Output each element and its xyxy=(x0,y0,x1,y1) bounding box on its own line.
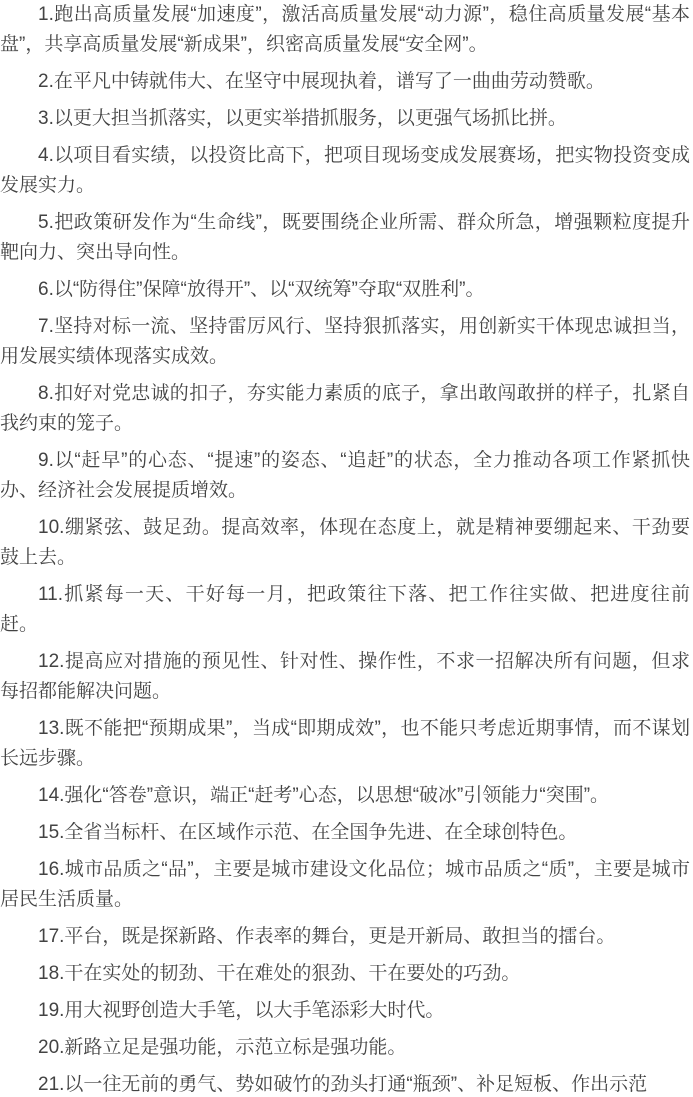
item-text: 以“赶早”的心态、“提速”的姿态、“追赶”的状态，全力推动各项工作紧抓快办、经济… xyxy=(0,450,690,501)
item-number: 5. xyxy=(38,212,54,233)
item-number: 12. xyxy=(38,651,64,672)
item-text: 强化“答卷”意识，端正“赶考”心态，以思想“破冰”引领能力“突围”。 xyxy=(64,785,609,806)
item-number: 4. xyxy=(38,145,54,166)
item-text: 以一往无前的勇气、势如破竹的劲头打通“瓶颈”、补足短板、作出示范 xyxy=(64,1074,647,1095)
list-item: 1.跑出高质量发展“加速度”，激活高质量发展“动力源”，稳住高质量发展“基本盘”… xyxy=(0,0,690,60)
item-text: 干在实处的韧劲、干在难处的狠劲、干在要处的巧劲。 xyxy=(64,963,520,984)
item-text: 把政策研发作为“生命线”，既要围绕企业所需、群众所急，增强颗粒度提升靶向力、突出… xyxy=(0,212,690,263)
list-item: 8.扣好对党忠诚的扣子，夯实能力素质的底子，拿出敢闯敢拼的样子，扎紧自我约束的笼… xyxy=(0,379,690,439)
item-number: 1. xyxy=(38,4,54,25)
item-number: 17. xyxy=(38,926,64,947)
item-text: 跑出高质量发展“加速度”，激活高质量发展“动力源”，稳住高质量发展“基本盘”，共… xyxy=(0,4,690,55)
list-item: 12.提高应对措施的预见性、针对性、操作性，不求一招解决所有问题，但求每招都能解… xyxy=(0,647,690,707)
list-item: 20.新路立足是强功能，示范立标是强功能。 xyxy=(0,1033,690,1063)
list-item: 14.强化“答卷”意识，端正“赶考”心态，以思想“破冰”引领能力“突围”。 xyxy=(0,781,690,811)
list-item: 6.以“防得住”保障“放得开”、以“双统筹”夺取“双胜利”。 xyxy=(0,275,690,305)
list-item: 2.在平凡中铸就伟大、在坚守中展现执着，谱写了一曲曲劳动赞歌。 xyxy=(0,67,690,97)
item-text: 绷紧弦、鼓足劲。提高效率，体现在态度上，就是精神要绷起来、干劲要鼓上去。 xyxy=(0,517,690,568)
item-text: 提高应对措施的预见性、针对性、操作性，不求一招解决所有问题，但求每招都能解决问题… xyxy=(0,651,690,702)
list-item: 18.干在实处的韧劲、干在难处的狠劲、干在要处的巧劲。 xyxy=(0,959,690,989)
item-text: 在平凡中铸就伟大、在坚守中展现执着，谱写了一曲曲劳动赞歌。 xyxy=(54,71,605,92)
item-number: 21. xyxy=(38,1074,64,1095)
item-text: 城市品质之“品”，主要是城市建设文化品位；城市品质之“质”，主要是城市居民生活质… xyxy=(0,859,690,910)
item-number: 10. xyxy=(38,517,64,538)
item-number: 8. xyxy=(38,383,54,404)
item-text: 全省当标杆、在区域作示范、在全国争先进、在全球创特色。 xyxy=(64,822,577,843)
item-number: 18. xyxy=(38,963,64,984)
item-number: 3. xyxy=(38,108,54,129)
list-item: 10.绷紧弦、鼓足劲。提高效率，体现在态度上，就是精神要绷起来、干劲要鼓上去。 xyxy=(0,513,690,573)
item-number: 7. xyxy=(38,316,54,337)
item-text: 坚持对标一流、坚持雷厉风行、坚持狠抓落实，用创新实干体现忠诚担当，用发展实绩体现… xyxy=(0,316,690,367)
item-text: 平台，既是探新路、作表率的舞台，更是开新局、敢担当的擂台。 xyxy=(64,926,615,947)
item-number: 14. xyxy=(38,785,64,806)
item-number: 11. xyxy=(38,584,63,605)
item-number: 20. xyxy=(38,1037,64,1058)
list-item: 5.把政策研发作为“生命线”，既要围绕企业所需、群众所急，增强颗粒度提升靶向力、… xyxy=(0,208,690,268)
item-text: 以“防得住”保障“放得开”、以“双统筹”夺取“双胜利”。 xyxy=(54,279,485,300)
item-number: 19. xyxy=(38,1000,64,1021)
item-number: 9. xyxy=(38,450,54,471)
list-item: 15.全省当标杆、在区域作示范、在全国争先进、在全球创特色。 xyxy=(0,818,690,848)
item-text: 扣好对党忠诚的扣子，夯实能力素质的底子，拿出敢闯敢拼的样子，扎紧自我约束的笼子。 xyxy=(0,383,690,434)
list-item: 13.既不能把“预期成果”，当成“即期成效”，也不能只考虑近期事情，而不谋划长远… xyxy=(0,714,690,774)
list-item: 4.以项目看实绩，以投资比高下，把项目现场变成发展赛场，把实物投资变成发展实力。 xyxy=(0,141,690,201)
list-item: 9.以“赶早”的心态、“提速”的姿态、“追赶”的状态，全力推动各项工作紧抓快办、… xyxy=(0,446,690,506)
list-item: 16.城市品质之“品”，主要是城市建设文化品位；城市品质之“质”，主要是城市居民… xyxy=(0,855,690,915)
list-item: 3.以更大担当抓落实，以更实举措抓服务，以更强气场抓比拼。 xyxy=(0,104,690,134)
item-number: 6. xyxy=(38,279,54,300)
item-number: 13. xyxy=(38,718,64,739)
list-item: 17.平台，既是探新路、作表率的舞台，更是开新局、敢担当的擂台。 xyxy=(0,922,690,952)
item-text: 以更大担当抓落实，以更实举措抓服务，以更强气场抓比拼。 xyxy=(54,108,567,129)
item-number: 2. xyxy=(38,71,54,92)
list-item: 11.抓紧每一天、干好每一月，把政策往下落、把工作往实做、把进度往前赶。 xyxy=(0,580,690,640)
item-number: 15. xyxy=(38,822,64,843)
item-number: 16. xyxy=(38,859,64,880)
list-item: 19.用大视野创造大手笔，以大手笔添彩大时代。 xyxy=(0,996,690,1026)
item-text: 用大视野创造大手笔，以大手笔添彩大时代。 xyxy=(64,1000,444,1021)
document-body: 1.跑出高质量发展“加速度”，激活高质量发展“动力源”，稳住高质量发展“基本盘”… xyxy=(0,0,693,1097)
item-text: 抓紧每一天、干好每一月，把政策往下落、把工作往实做、把进度往前赶。 xyxy=(0,584,690,635)
list-item: 21.以一往无前的勇气、势如破竹的劲头打通“瓶颈”、补足短板、作出示范 xyxy=(0,1070,690,1097)
item-text: 新路立足是强功能，示范立标是强功能。 xyxy=(64,1037,406,1058)
item-text: 既不能把“预期成果”，当成“即期成效”，也不能只考虑近期事情，而不谋划长远步骤。 xyxy=(0,718,690,769)
item-text: 以项目看实绩，以投资比高下，把项目现场变成发展赛场，把实物投资变成发展实力。 xyxy=(0,145,690,196)
list-item: 7.坚持对标一流、坚持雷厉风行、坚持狠抓落实，用创新实干体现忠诚担当，用发展实绩… xyxy=(0,312,690,372)
